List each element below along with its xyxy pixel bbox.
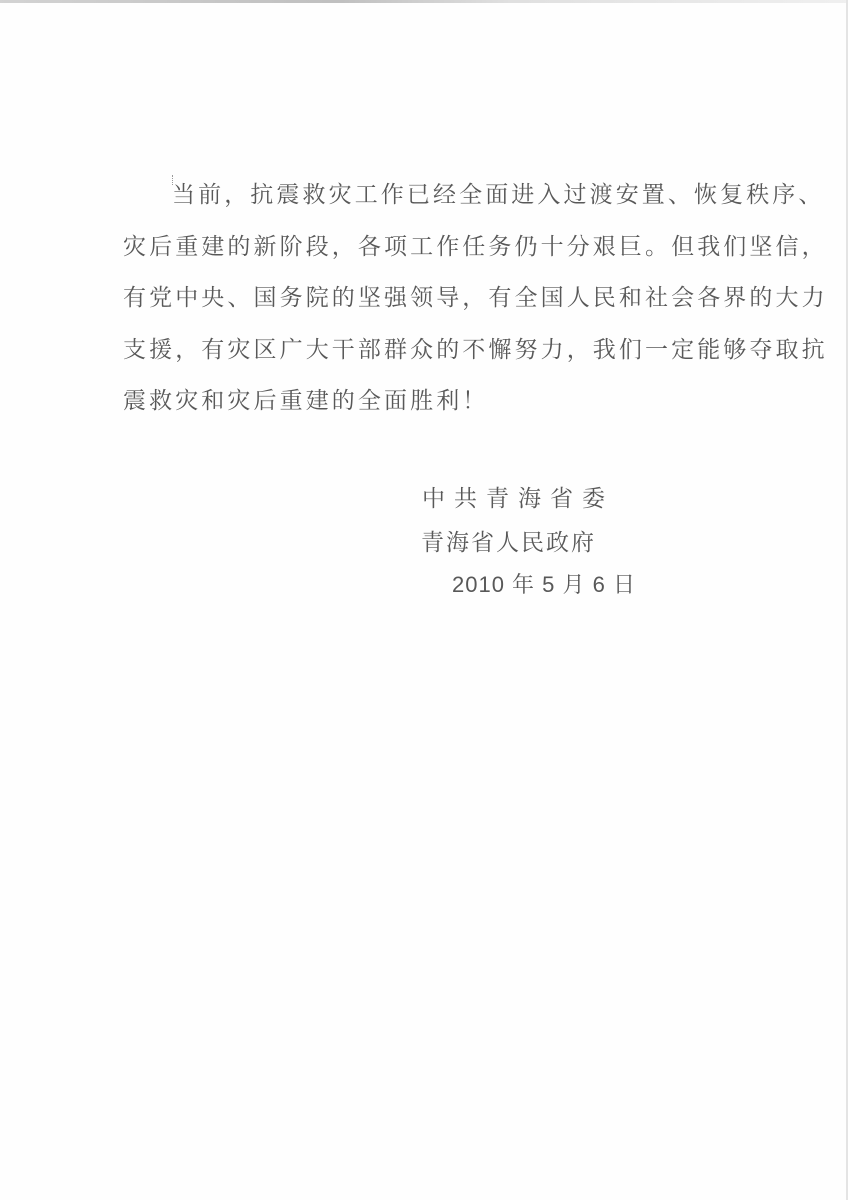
signature-org-party-committee: 中共青海省委 bbox=[422, 480, 614, 513]
scan-top-edge bbox=[0, 0, 848, 3]
paragraph-line: 当前，抗震救灾工作已经全面进入过渡安置、恢复秩序、 bbox=[123, 170, 743, 222]
paragraph-line: 灾后重建的新阶段，各项工作任务仍十分艰巨。但我们坚信， bbox=[123, 222, 743, 274]
signature-org-government: 青海省人民政府 bbox=[421, 524, 596, 557]
document-page: 当前，抗震救灾工作已经全面进入过渡安置、恢复秩序、 灾后重建的新阶段，各项工作任… bbox=[0, 0, 848, 1200]
signature-date: 2010 年 5 月 6 日 bbox=[452, 568, 636, 599]
paragraph-line: 有党中央、国务院的坚强领导，有全国人民和社会各界的大力 bbox=[123, 273, 743, 325]
body-paragraph: 当前，抗震救灾工作已经全面进入过渡安置、恢复秩序、 灾后重建的新阶段，各项工作任… bbox=[123, 170, 743, 428]
paragraph-line: 震救灾和灾后重建的全面胜利！ bbox=[123, 376, 743, 428]
paragraph-line: 支援，有灾区广大干部群众的不懈努力，我们一定能够夺取抗 bbox=[123, 325, 743, 377]
